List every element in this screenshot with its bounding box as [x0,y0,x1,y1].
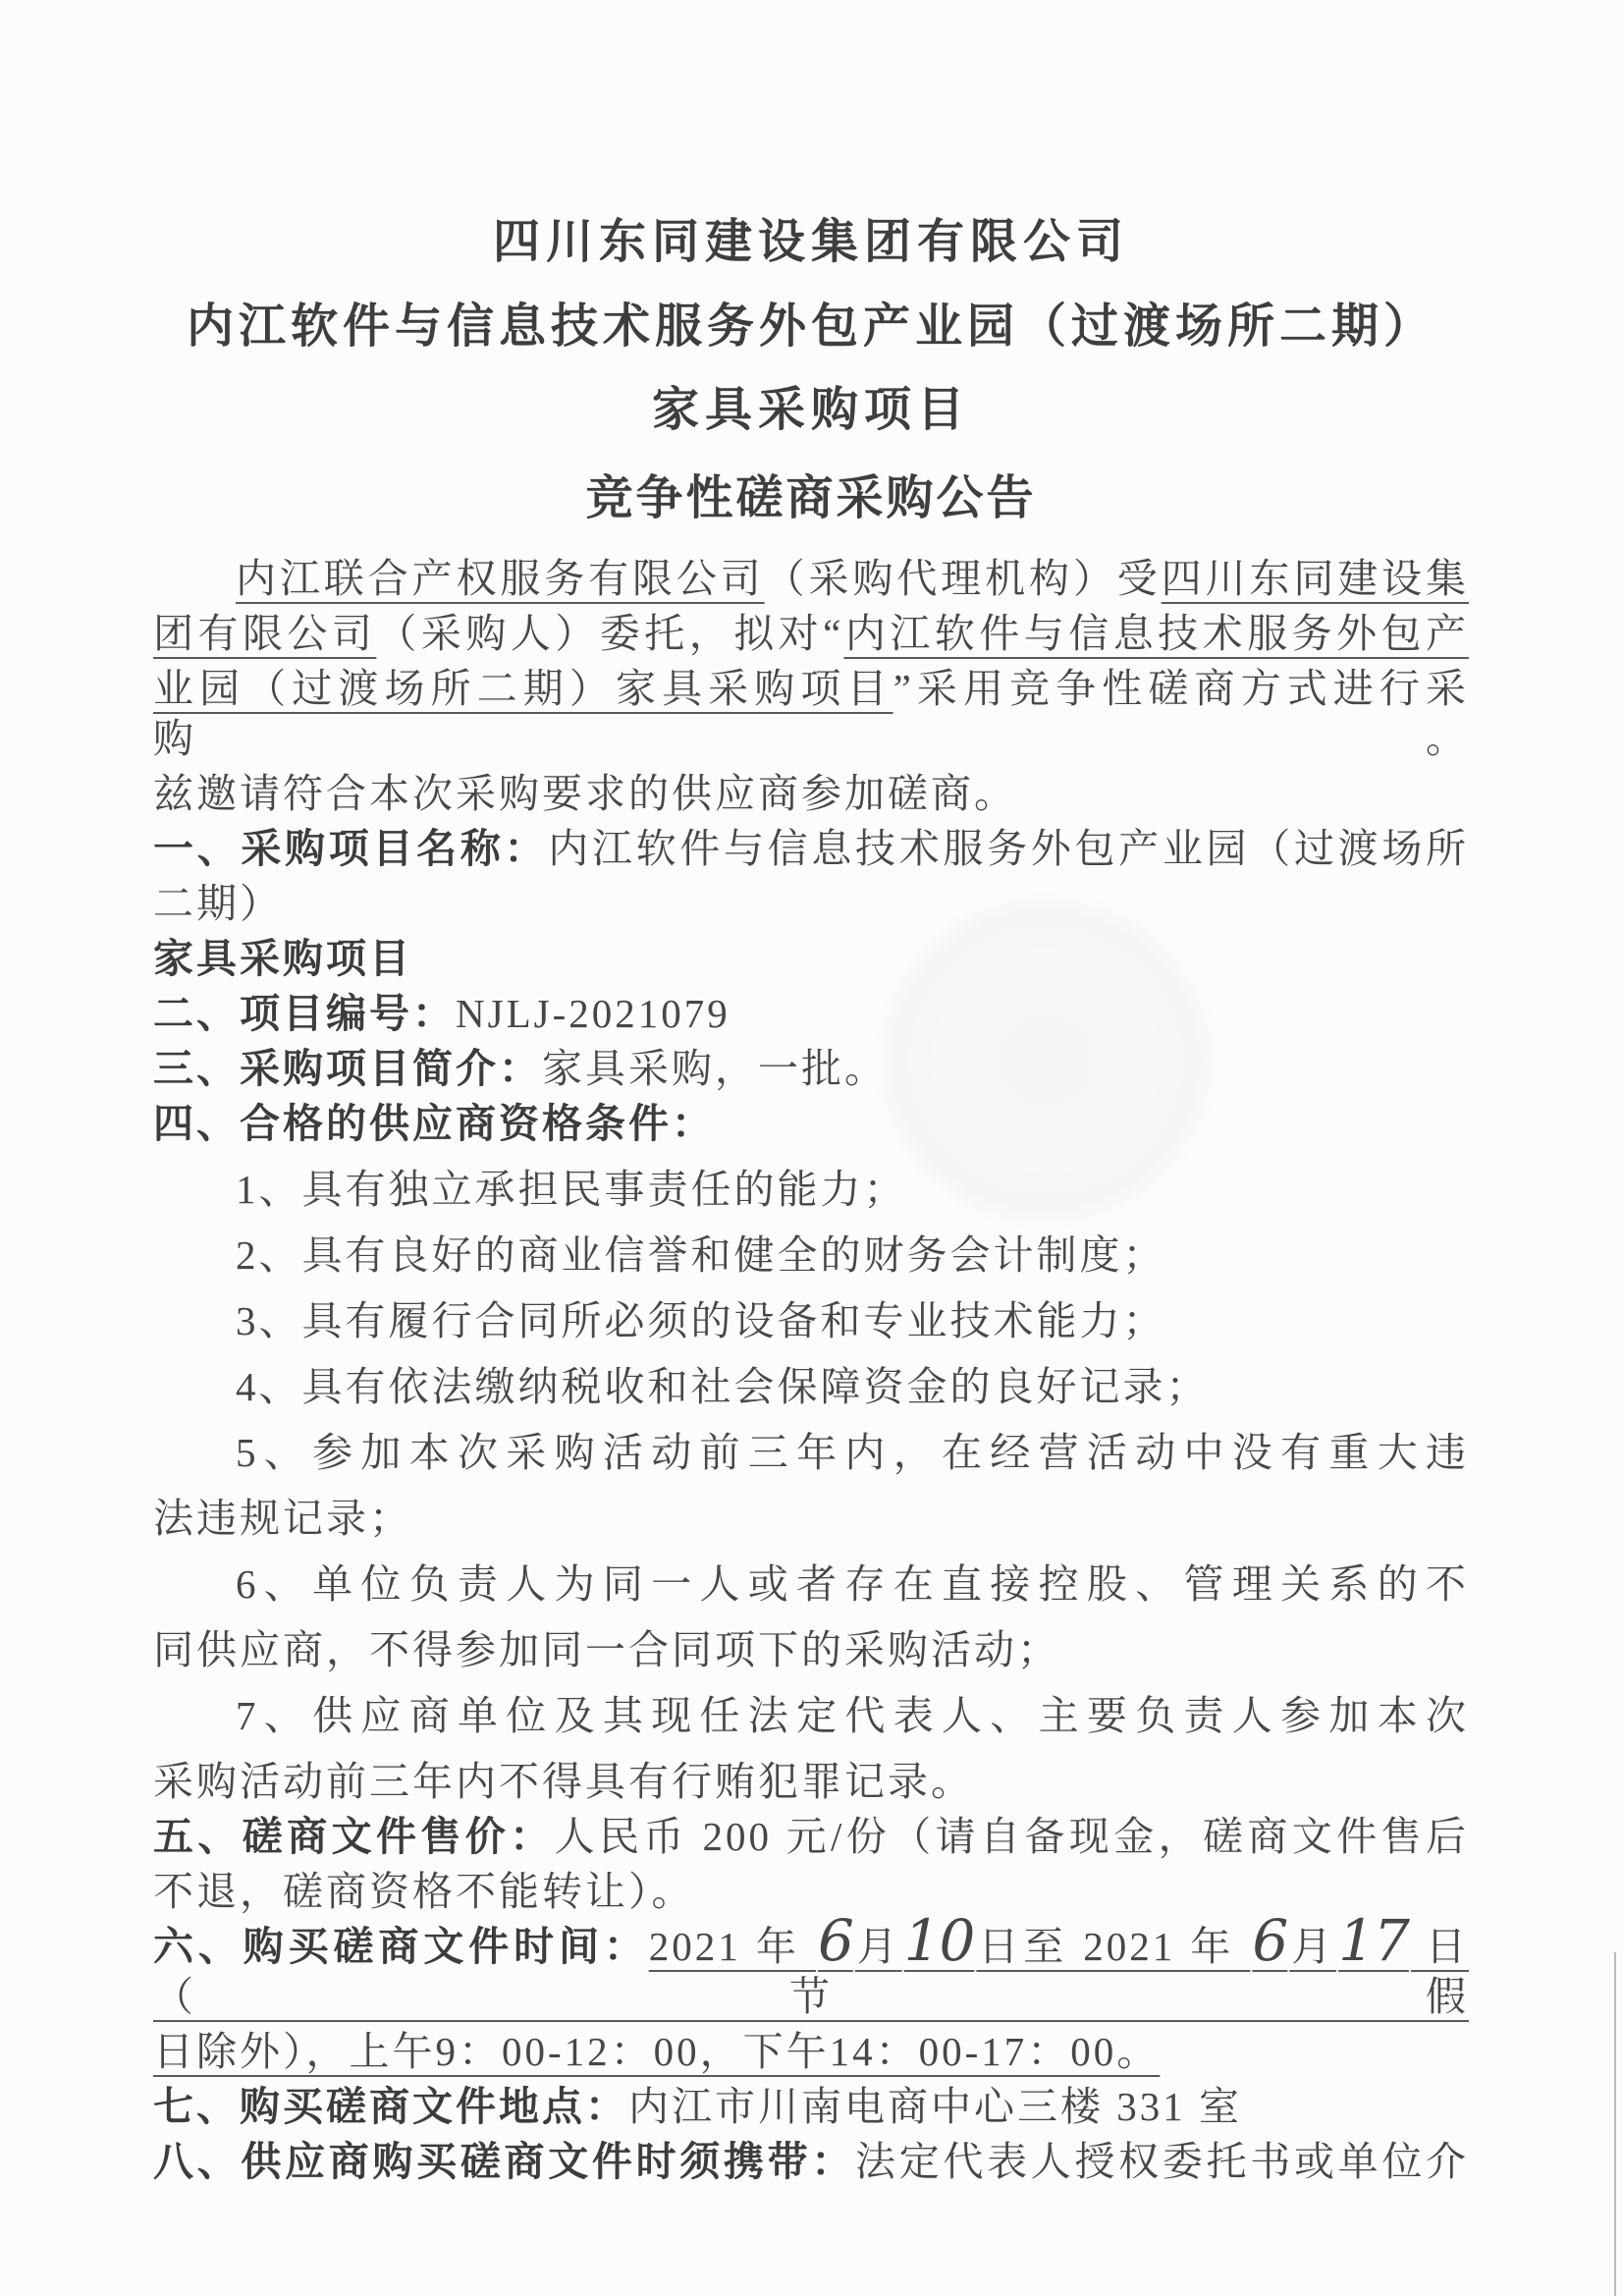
text-segment: （采购代理机构）受 [765,556,1162,601]
text-segment: 八、供应商购买磋商文件时须携带： [153,2139,855,2184]
text-segment: 三、采购项目简介： [153,1046,542,1091]
text-segment: 7、供应商单位及其现任法定代表人、主要负责人参加本次 [236,1693,1469,1738]
document-title-announcement: 竞争性磋商采购公告 [153,475,1469,522]
document-line: 二期） [153,879,1469,929]
document-line: 3、具有履行合同所必须的设备和专业技术能力； [153,1296,1469,1346]
document-line: 4、具有依法缴纳税收和社会保障资金的良好记录； [153,1362,1469,1412]
text-segment: 内江软件与信息技术服务外包产 [843,611,1469,656]
text-segment: 内江市川南电商中心三楼 331 室 [628,2084,1242,2129]
document-line: 2、具有良好的商业信誉和健全的财务会计制度； [153,1230,1469,1281]
handwritten-date-digit: 6 [816,1907,855,1974]
text-segment: 法违规记录； [153,1496,412,1541]
document-line: 日除外），上午9：00-12：00，下午14：00-17：00。 [153,2027,1469,2077]
document-line: 内江联合产权服务有限公司（采购代理机构）受四川东同建设集 [153,554,1469,604]
text-segment: 日至 2021 年 [976,1924,1250,1969]
handwritten-date-digit: 6 [1250,1907,1289,1974]
document-line: 法违规记录； [153,1494,1469,1544]
document-title-procurement: 家具采购项目 [153,387,1469,434]
document-line: 七、购买磋商文件地点：内江市川南电商中心三楼 331 室 [153,2082,1469,2132]
document-page: 四川东同建设集团有限公司 内江软件与信息技术服务外包产业园（过渡场所二期） 家具… [0,0,1623,2296]
text-segment: 不退，磋商资格不能转让）。 [153,1869,695,1914]
text-segment: 六、购买磋商文件时间： [153,1924,649,1969]
document-line: 7、供应商单位及其现任法定代表人、主要负责人参加本次 [153,1691,1469,1741]
document-line: 采购活动前三年内不得具有行贿犯罪记录。 [153,1757,1469,1807]
document-line: 二、项目编号：NJLJ-2021079 [153,989,1469,1039]
text-segment: 内江软件与信息技术服务外包产业园（过渡场所 [548,826,1469,871]
text-segment: 一、采购项目名称： [153,826,548,871]
document-body: 内江联合产权服务有限公司（采购代理机构）受四川东同建设集团有限公司（采购人）委托… [153,554,1469,2187]
text-segment: 4、具有依法缴纳税收和社会保障资金的良好记录； [236,1364,1210,1409]
document-line: 家具采购项目 [153,934,1469,984]
text-segment: 同供应商，不得参加同一合同项下的采购活动； [153,1627,1060,1672]
handwritten-date-digit: 17 [1336,1907,1411,1974]
text-segment: 内江联合产权服务有限公司 [236,556,765,601]
text-segment: 月 [1289,1924,1336,1969]
text-segment: 人民币 200 元/份（请自备现金，磋商文件售后 [555,1814,1469,1859]
document-line: 1、具有独立承担民事责任的能力； [153,1165,1469,1215]
text-segment: 四、合格的供应商资格条件： [153,1101,715,1146]
document-content: 四川东同建设集团有限公司 内江软件与信息技术服务外包产业园（过渡场所二期） 家具… [153,0,1469,2187]
text-segment: 家具采购，一批。 [542,1046,888,1091]
document-line: 八、供应商购买磋商文件时须携带：法定代表人授权委托书或单位介 [153,2137,1469,2187]
text-segment: 家具采购项目 [153,936,412,981]
document-line: 五、磋商文件售价：人民币 200 元/份（请自备现金，磋商文件售后 [153,1812,1469,1862]
text-segment: 1、具有独立承担民事责任的能力； [236,1167,907,1212]
text-segment: 日除外），上午9：00-12：00，下午14：00-17：00。 [153,2029,1160,2074]
document-title-company: 四川东同建设集团有限公司 [153,219,1469,266]
document-line: 一、采购项目名称：内江软件与信息技术服务外包产业园（过渡场所 [153,824,1469,874]
text-segment: 采购活动前三年内不得具有行贿犯罪记录。 [153,1759,974,1804]
text-segment: 2、具有良好的商业信誉和健全的财务会计制度； [236,1232,1166,1278]
document-line: 四、合格的供应商资格条件： [153,1099,1469,1149]
text-segment: 3、具有履行合同所必须的设备和专业技术能力； [236,1298,1166,1343]
text-segment: 2021 年 [649,1924,816,1969]
document-line: 兹邀请符合本次采购要求的供应商参加磋商。 [153,769,1469,819]
text-segment: 四川东同建设集 [1162,556,1469,601]
document-line: 5、参加本次采购活动前三年内，在经营活动中没有重大违 [153,1428,1469,1478]
text-segment: 二、项目编号： [153,991,456,1036]
text-segment: 二期） [153,881,283,926]
document-line: 6、单位负责人为同一人或者存在直接控股、管理关系的不 [153,1559,1469,1610]
text-segment: （采购人）委托，拟对“ [376,611,843,656]
text-segment: 七、购买磋商文件地点： [153,2084,628,2129]
text-segment: NJLJ-2021079 [456,991,730,1036]
document-line: 团有限公司（采购人）委托，拟对“内江软件与信息技术服务外包产 [153,609,1469,659]
text-segment: 兹邀请符合本次采购要求的供应商参加磋商。 [153,771,1017,816]
text-segment: 业园（过渡场所二期）家具采购项目 [153,666,893,711]
text-segment: 5、参加本次采购活动前三年内，在经营活动中没有重大违 [236,1430,1469,1475]
text-segment: 五、磋商文件售价： [153,1814,555,1859]
document-line: 业园（过渡场所二期）家具采购项目”采用竞争性磋商方式进行采购。 [153,664,1469,764]
text-segment: 6、单位负责人为同一人或者存在直接控股、管理关系的不 [236,1561,1469,1607]
document-line: 三、采购项目简介：家具采购，一批。 [153,1044,1469,1094]
document-line: 六、购买磋商文件时间：2021 年 6月10日至 2021 年 6月17 日（节… [153,1922,1469,2022]
text-segment: 团有限公司 [153,611,376,656]
text-segment: 法定代表人授权委托书或单位介 [855,2139,1469,2184]
scan-edge-artifact [1614,1952,1616,2296]
text-segment: 月 [855,1924,902,1969]
handwritten-date-digit: 10 [902,1907,977,1974]
document-title-project: 内江软件与信息技术服务外包产业园（过渡场所二期） [153,303,1469,351]
document-line: 同供应商，不得参加同一合同项下的采购活动； [153,1625,1469,1675]
